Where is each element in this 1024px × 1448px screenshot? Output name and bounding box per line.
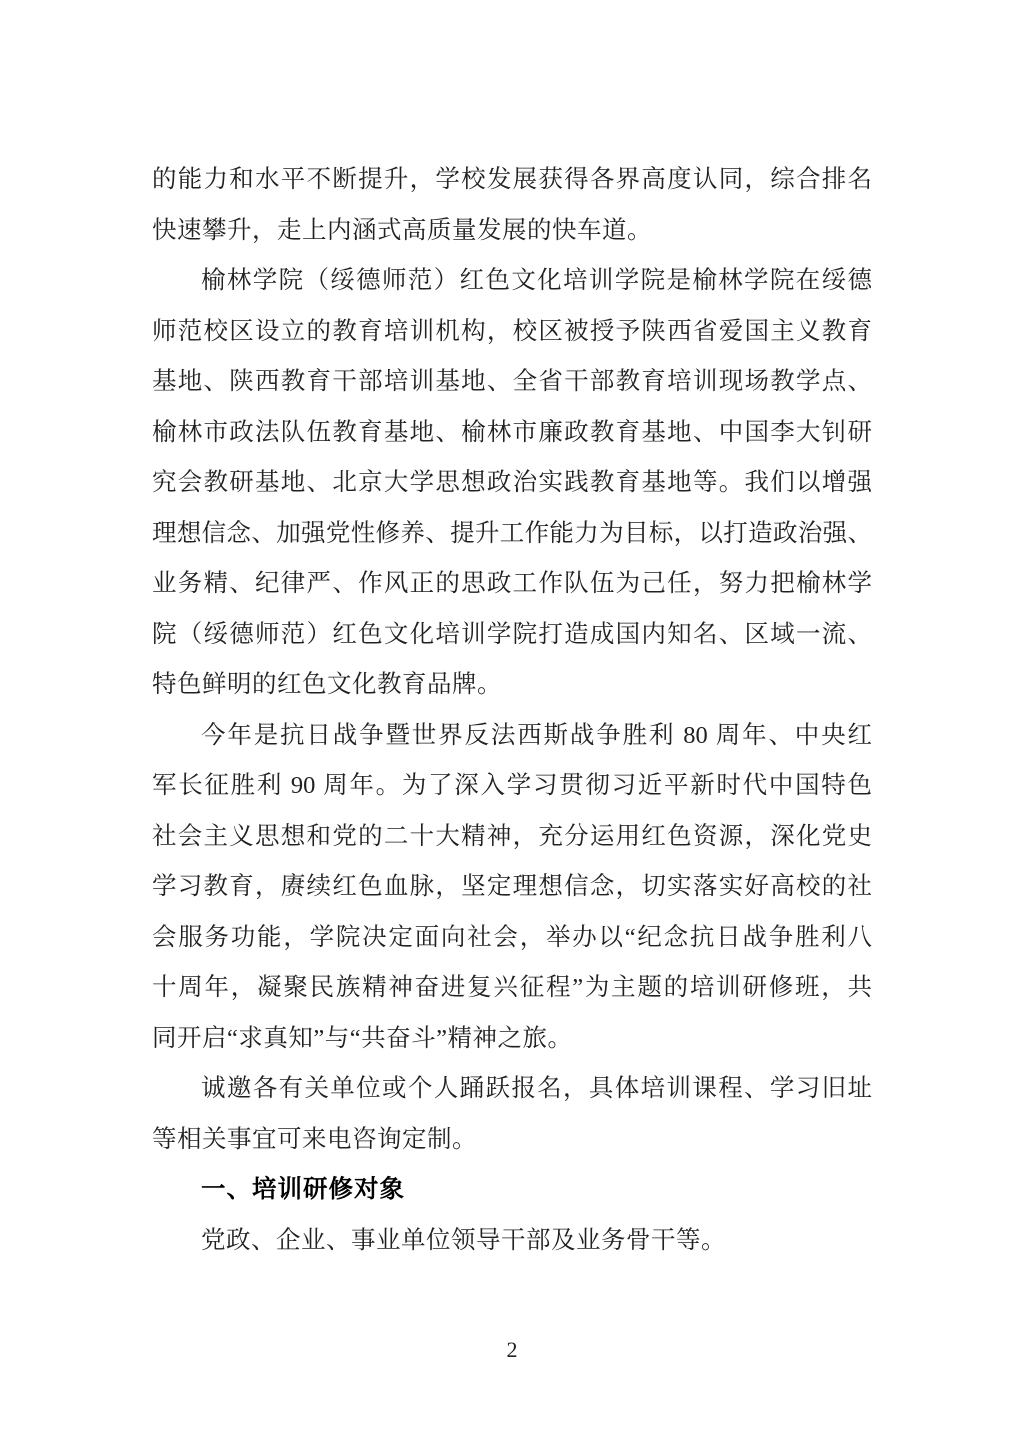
body-line: 理想信念、加强党性修养、提升工作能力为目标，以打造政治强、 bbox=[152, 509, 872, 560]
body-line: 诚邀各有关单位或个人踊跃报名，具体培训课程、学习旧址 bbox=[152, 1064, 872, 1115]
body-line: 军长征胜利 90 周年。为了深入学习贯彻习近平新时代中国特色 bbox=[152, 761, 872, 812]
body-line: 快速攀升，走上内涵式高质量发展的快车道。 bbox=[152, 206, 872, 257]
body-line: 业务精、纪律严、作风正的思政工作队伍为己任，努力把榆林学 bbox=[152, 559, 872, 610]
body-line: 究会教研基地、北京大学思想政治实践教育基地等。我们以增强 bbox=[152, 458, 872, 509]
body-line: 师范校区设立的教育培训机构，校区被授予陕西省爱国主义教育 bbox=[152, 307, 872, 358]
document-page: 的能力和水平不断提升，学校发展获得各界高度认同，综合排名 快速攀升，走上内涵式高… bbox=[0, 0, 1024, 1448]
body-line: 榆林市政法队伍教育基地、榆林市廉政教育基地、中国李大钊研 bbox=[152, 408, 872, 459]
section-heading: 一、培训研修对象 bbox=[152, 1165, 872, 1216]
page-body: 的能力和水平不断提升，学校发展获得各界高度认同，综合排名 快速攀升，走上内涵式高… bbox=[152, 155, 872, 1266]
page-number: 2 bbox=[0, 1335, 1024, 1365]
body-line: 等相关事宜可来电咨询定制。 bbox=[152, 1115, 872, 1166]
body-line: 基地、陕西教育干部培训基地、全省干部教育培训现场教学点、 bbox=[152, 357, 872, 408]
body-line: 会服务功能，学院决定面向社会，举办以“纪念抗日战争胜利八 bbox=[152, 913, 872, 964]
body-line: 党政、企业、事业单位领导干部及业务骨干等。 bbox=[152, 1216, 872, 1267]
body-line: 社会主义思想和党的二十大精神，充分运用红色资源，深化党史 bbox=[152, 812, 872, 863]
body-line: 榆林学院（绥德师范）红色文化培训学院是榆林学院在绥德 bbox=[152, 256, 872, 307]
body-line: 特色鲜明的红色文化教育品牌。 bbox=[152, 660, 872, 711]
body-line: 十周年，凝聚民族精神奋进复兴征程”为主题的培训研修班，共 bbox=[152, 963, 872, 1014]
body-line: 的能力和水平不断提升，学校发展获得各界高度认同，综合排名 bbox=[152, 155, 872, 206]
body-line: 今年是抗日战争暨世界反法西斯战争胜利 80 周年、中央红 bbox=[152, 711, 872, 762]
body-line: 院（绥德师范）红色文化培训学院打造成国内知名、区域一流、 bbox=[152, 610, 872, 661]
body-line: 学习教育，赓续红色血脉，坚定理想信念，切实落实好高校的社 bbox=[152, 862, 872, 913]
body-line: 同开启“求真知”与“共奋斗”精神之旅。 bbox=[152, 1014, 872, 1065]
